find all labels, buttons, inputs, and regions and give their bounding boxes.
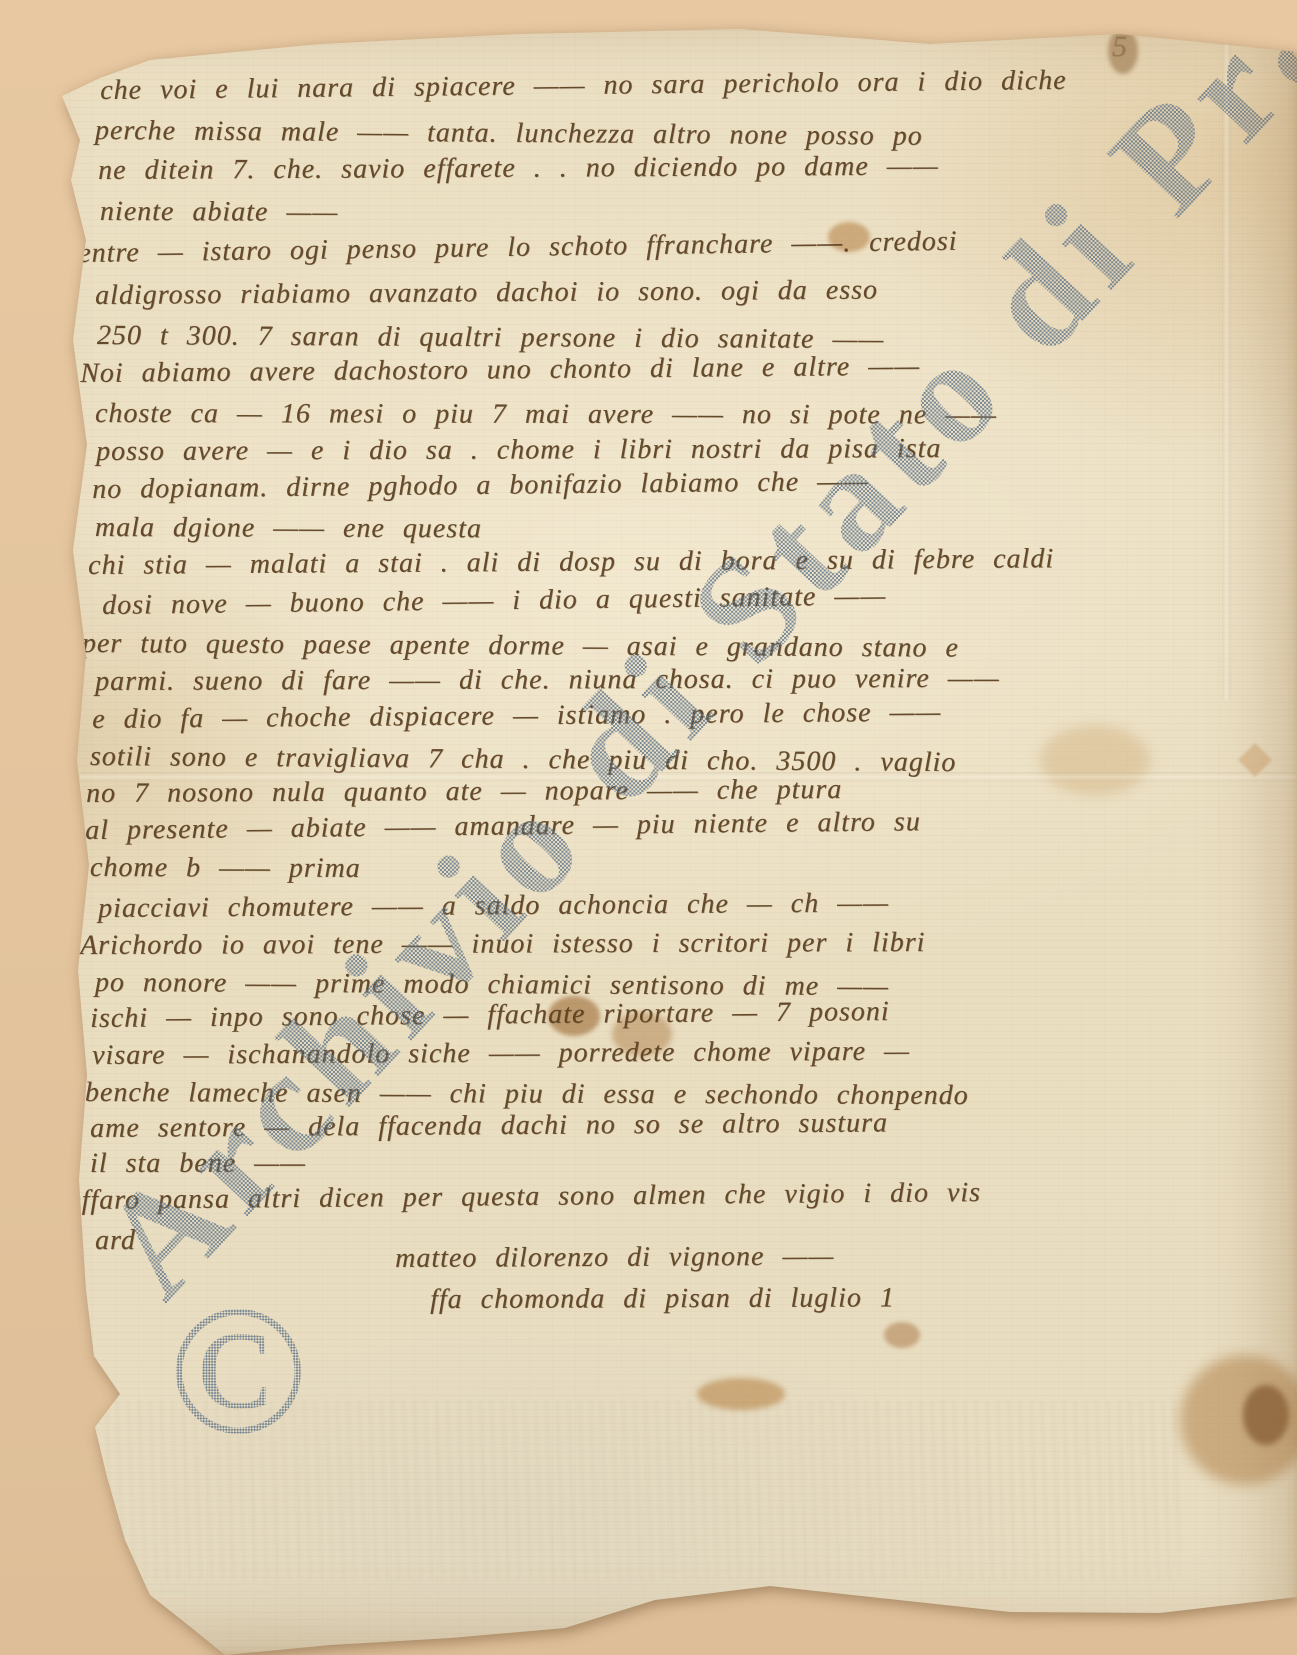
handwriting-layer: che voi e lui nara di spiacere —— no sar… [0, 0, 1297, 1655]
handwritten-line: mala dgione —— ene questa [95, 512, 482, 545]
handwritten-line: piacciavi chomutere —— a saldo achoncia … [98, 887, 889, 925]
handwritten-line: visare — ischanandolo siche —— porredete… [92, 1036, 910, 1072]
handwritten-line: perche missa male —— tanta. lunchezza al… [95, 115, 923, 153]
handwritten-line: no dopianam. dirne pghodo a bonifazio la… [92, 466, 869, 506]
handwritten-line: ame sentore — dela ffacenda dachi no so … [90, 1107, 888, 1145]
handwritten-line: al presente — abiate —— amandare — piu n… [85, 806, 921, 847]
paper-wrapper: che voi e lui nara di spiacere —— no sar… [0, 0, 1297, 1655]
handwritten-line: effaro pansa altri dicen per questa sono… [68, 1177, 981, 1217]
signature-line-2: ffa chomonda di pisan di luglio 1 [430, 1282, 895, 1316]
handwritten-line: parmi. sueno di fare —— di che. niuna ch… [95, 663, 1000, 698]
handwritten-line: aldigrosso riabiamo avanzato dachoi io s… [95, 275, 878, 312]
handwritten-line: dosi nove — buono che —— i dio a questi … [102, 580, 886, 622]
handwritten-line: e dio fa — choche dispiacere — istiamo .… [92, 697, 941, 736]
manuscript-paper: che voi e lui nara di spiacere —— no sar… [0, 0, 1297, 1655]
faint-margin-mark: 5 [1112, 30, 1128, 64]
handwritten-line: Noi abiamo avere dachostoro uno chonto d… [80, 351, 920, 390]
manuscript-scan: che voi e lui nara di spiacere —— no sar… [0, 0, 1297, 1655]
handwritten-line: ischi — inpo sono chose — ffachate ripor… [90, 996, 890, 1035]
signature-line-1: matteo dilorenzo di vignone —— [395, 1241, 834, 1275]
handwritten-line: posso avere — e i dio sa . chome i libri… [96, 433, 941, 468]
handwritten-line: choste ca — 16 mesi o piu 7 mai avere ——… [95, 398, 997, 432]
handwritten-line: entre — istaro ogi penso pure lo schoto … [78, 226, 958, 270]
handwritten-line: che voi e lui nara di spiacere —— no sar… [100, 65, 1067, 107]
handwritten-line: chi stia — malati a stai . ali di dosp s… [88, 543, 1054, 582]
handwritten-line: 250 t 300. 7 saran di qualtri persone i … [97, 320, 884, 356]
handwritten-line: Arichordo io avoi tene —— inuoi istesso … [80, 927, 925, 962]
handwritten-line: ne ditein 7. che. savio effarete . . no … [98, 151, 939, 187]
handwritten-line: il sta bene —— [90, 1148, 306, 1180]
handwritten-line: ard [95, 1225, 136, 1257]
handwritten-line: no 7 nosono nula quanto ate — nopare —— … [86, 774, 842, 810]
handwritten-line: niente abiate —— [100, 196, 338, 229]
handwritten-line: per tuto questo paese apente dorme — asa… [82, 628, 959, 665]
handwritten-line: chome b —— prima [90, 852, 361, 885]
